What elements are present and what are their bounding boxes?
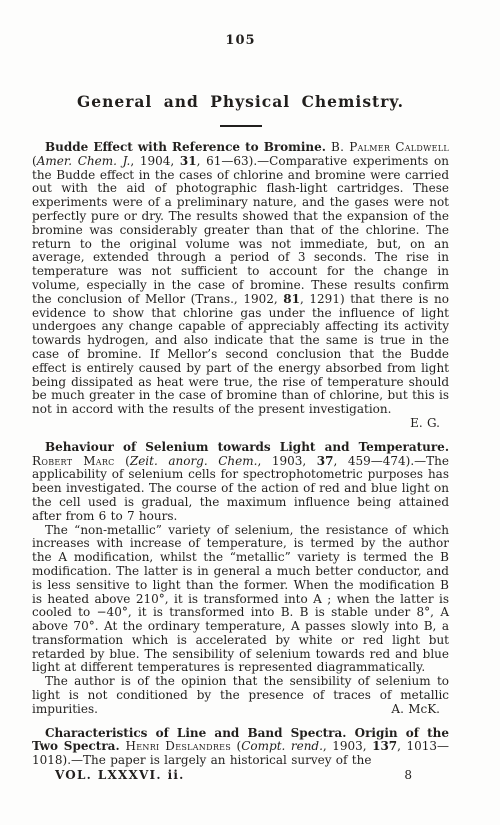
citation-year: , 1903, <box>257 454 316 468</box>
footer-signature-mark: 8 <box>404 769 412 783</box>
page-number: 105 <box>32 33 449 48</box>
page-footer: VOL. LXXXVI. ii. 8 <box>32 769 449 783</box>
abstract-author: B. Palmer Caldwell <box>331 140 449 154</box>
section-title: General and Physical Chemistry. <box>32 92 449 111</box>
abstract-paragraph: Behaviour of Selenium towards Light and … <box>32 441 449 524</box>
journal-name: Compt. rend. <box>241 739 323 753</box>
citation-year: , 1903, <box>323 739 372 753</box>
citation-volume-2: 81 <box>283 292 300 306</box>
abstract-title: Behaviour of Selenium towards Light and … <box>45 440 449 454</box>
abstract-title: Budde Effect with Reference to Bromine. <box>45 140 331 154</box>
abstract-body: Comparative experiments on the Budde eff… <box>32 154 449 306</box>
abstract-author: Henri Deslandres <box>125 739 231 753</box>
journal-volume: 37 <box>317 454 334 468</box>
abstract-budde-effect: Budde Effect with Reference to Bromine. … <box>32 141 449 431</box>
abstract-paragraph: Characteristics of Line and Band Spectra… <box>32 727 449 768</box>
journal-volume: 137 <box>372 739 397 753</box>
abstract-spectra: Characteristics of Line and Band Spectra… <box>32 727 449 768</box>
citation-open: ( <box>115 454 130 468</box>
journal-name: Zeit. anorg. Chem. <box>130 454 258 468</box>
abstracts-block: Budde Effect with Reference to Bromine. … <box>32 141 449 783</box>
title-rule-divider <box>220 125 262 127</box>
abstract-paragraph: The author is of the opinion that the se… <box>32 675 449 716</box>
abstract-body-cont: , 1291) that there is no evidence to sho… <box>32 292 449 416</box>
footer-volume-label: VOL. LXXXVI. ii. <box>55 769 185 783</box>
citation-pages: , 459—474).— <box>333 454 426 468</box>
citation-open: ( <box>231 739 241 753</box>
abstract-signature: A. McK. <box>378 703 449 717</box>
abstract-body: The paper is largely an historical surve… <box>83 753 371 767</box>
abstract-selenium: Behaviour of Selenium towards Light and … <box>32 441 449 717</box>
journal-page: 105 General and Physical Chemistry. Budd… <box>0 0 500 825</box>
citation-pages: , 61—63).— <box>197 154 270 168</box>
citation-year: , 1904, <box>130 154 180 168</box>
journal-volume: 31 <box>180 154 197 168</box>
abstract-author: Robert Marc <box>32 454 115 468</box>
abstract-signature: E. G. <box>32 417 449 431</box>
journal-name: Amer. Chem. J. <box>37 154 131 168</box>
abstract-paragraph: The “non-metallic” variety of selenium, … <box>32 524 449 676</box>
abstract-paragraph: Budde Effect with Reference to Bromine. … <box>32 141 449 417</box>
page-content: 105 General and Physical Chemistry. Budd… <box>32 0 449 783</box>
